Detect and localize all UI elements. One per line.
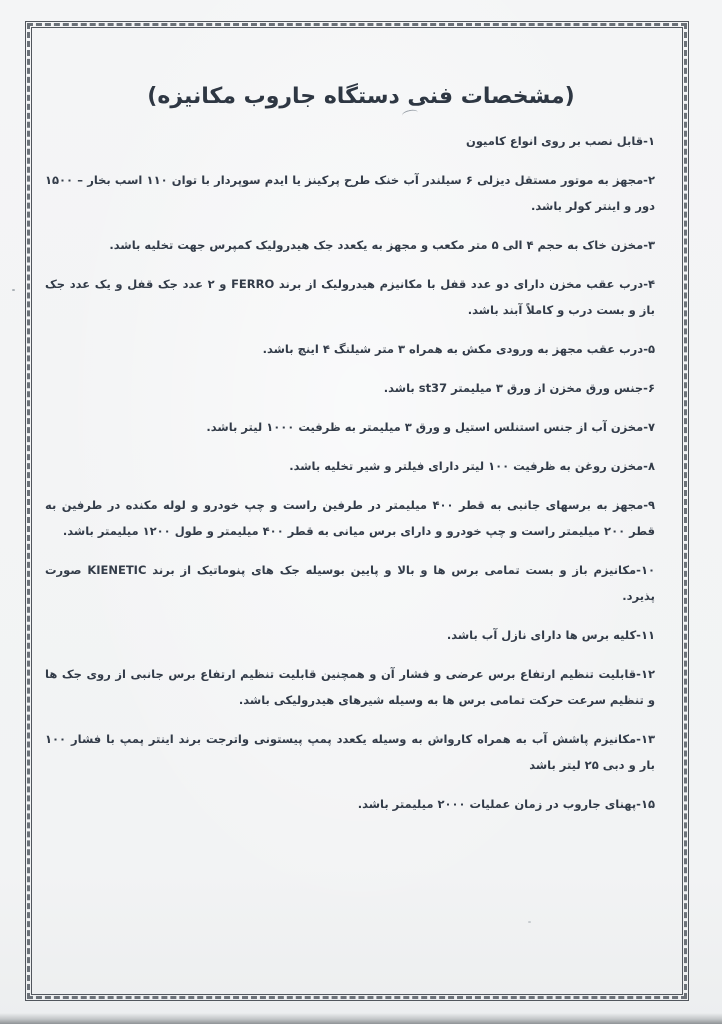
spec-item-7: ۷-مخزن آب از جنس استنلس استیل و ورق ۳ می… — [45, 414, 655, 440]
spec-item-11: ۱۱-کلیه برس ها دارای نازل آب باشد. — [45, 622, 655, 648]
spec-item-10: ۱۰-مکانیزم باز و بست تمامی برس ها و بالا… — [45, 557, 655, 609]
spec-item-12: ۱۲-قابلیت تنظیم ارتفاع برس عرضی و فشار آ… — [45, 661, 655, 713]
spec-item-6: ۶-جنس ورق مخزن از ورق ۳ میلیمتر st37 باش… — [45, 375, 655, 401]
spec-item-2: ۲-مجهز به موتور مستقل دیزلی ۶ سیلندر آب … — [45, 167, 655, 219]
spec-item-15: ۱۵-پهنای جاروب در زمان عملیات ۲۰۰۰ میلیم… — [45, 791, 655, 817]
spec-item-8: ۸-مخزن روغن به ظرفیت ۱۰۰ لیتر دارای فیلت… — [45, 453, 655, 479]
document-title: (مشخصات فنی دستگاه جاروب مکانیزه) — [0, 84, 722, 109]
spec-item-4: ۴-درب عقب مخزن دارای دو عدد قفل با مکانی… — [45, 271, 655, 323]
spec-item-1: ۱-قابل نصب بر روی انواع کامیون — [45, 128, 655, 154]
spec-item-13: ۱۳-مکانیزم پاشش آب به همراه کارواش به وس… — [45, 726, 655, 778]
spec-item-5: ۵-درب عقب مجهز به ورودی مکش به همراه ۳ م… — [45, 336, 655, 362]
spec-list: ۱-قابل نصب بر روی انواع کامیون ۲-مجهز به… — [45, 128, 655, 830]
spec-item-9: ۹-مجهز به برسهای جانبی به قطر ۴۰۰ میلیمت… — [45, 492, 655, 544]
scanner-edge-shadow — [0, 1013, 722, 1024]
scan-speck — [528, 921, 531, 923]
spec-item-3: ۳-مخزن خاک به حجم ۴ الی ۵ متر مکعب و مجه… — [45, 232, 655, 258]
scan-speck — [12, 289, 15, 291]
